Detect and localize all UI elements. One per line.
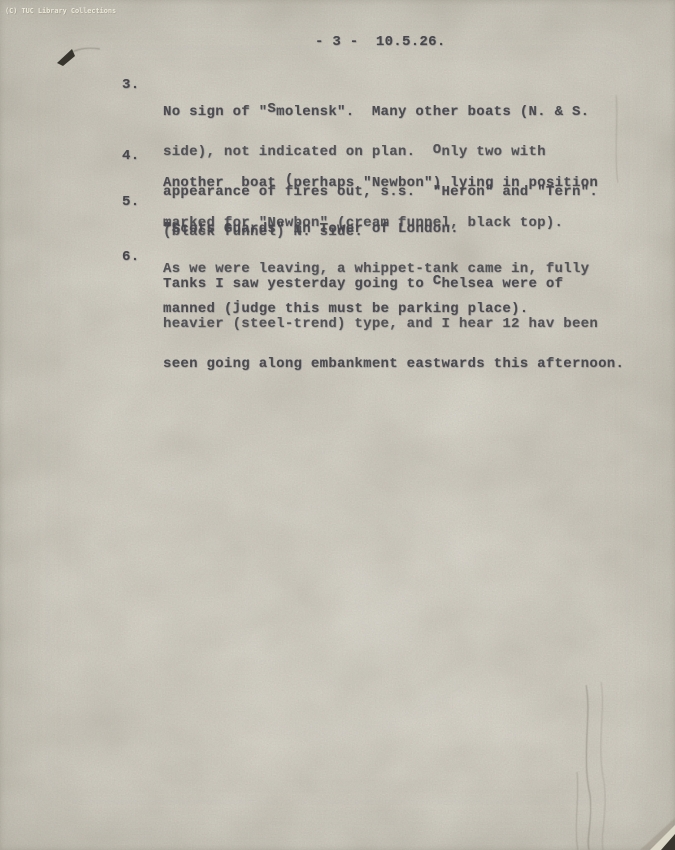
scanned-document-page: (C) TUC Library Collections - 3 - 10.5.2… bbox=[0, 0, 675, 850]
tear-mark bbox=[57, 49, 75, 66]
crease-line-lower-right-1 bbox=[586, 685, 591, 850]
corner-fold-edge bbox=[650, 825, 675, 850]
typed-line: seen going along embankment eastwards th… bbox=[163, 358, 624, 371]
corner-fold-shadow bbox=[640, 818, 675, 850]
typed-line: heavier (steel-trend) type, and I hear 1… bbox=[163, 318, 624, 331]
crease-line-lower-right-2 bbox=[601, 682, 605, 850]
tear-hairline bbox=[72, 48, 100, 52]
item-number: 6. bbox=[122, 251, 163, 398]
typed-line: Another boat (perhaps "Newbon") lying in… bbox=[163, 177, 598, 190]
typed-line: Tanks I saw yesterday going to Chelsea w… bbox=[163, 278, 624, 291]
crease-line-lower-right-3 bbox=[576, 772, 578, 850]
corner-fold-dark-backing bbox=[661, 834, 675, 850]
item-text: Tanks I saw yesterday going to Chelsea w… bbox=[163, 251, 624, 398]
copyright-watermark: (C) TUC Library Collections bbox=[5, 7, 116, 15]
page-header-number-date: - 3 - 10.5.26. bbox=[315, 36, 446, 49]
list-item-6: 6. Tanks I saw yesterday going to Chelse… bbox=[122, 251, 624, 398]
typed-line: No sign of "Smolensk". Many other boats … bbox=[163, 106, 598, 119]
typed-line: "Scots Guards" in Tower of London. bbox=[163, 223, 589, 236]
crease-line-upper-right bbox=[616, 95, 618, 183]
